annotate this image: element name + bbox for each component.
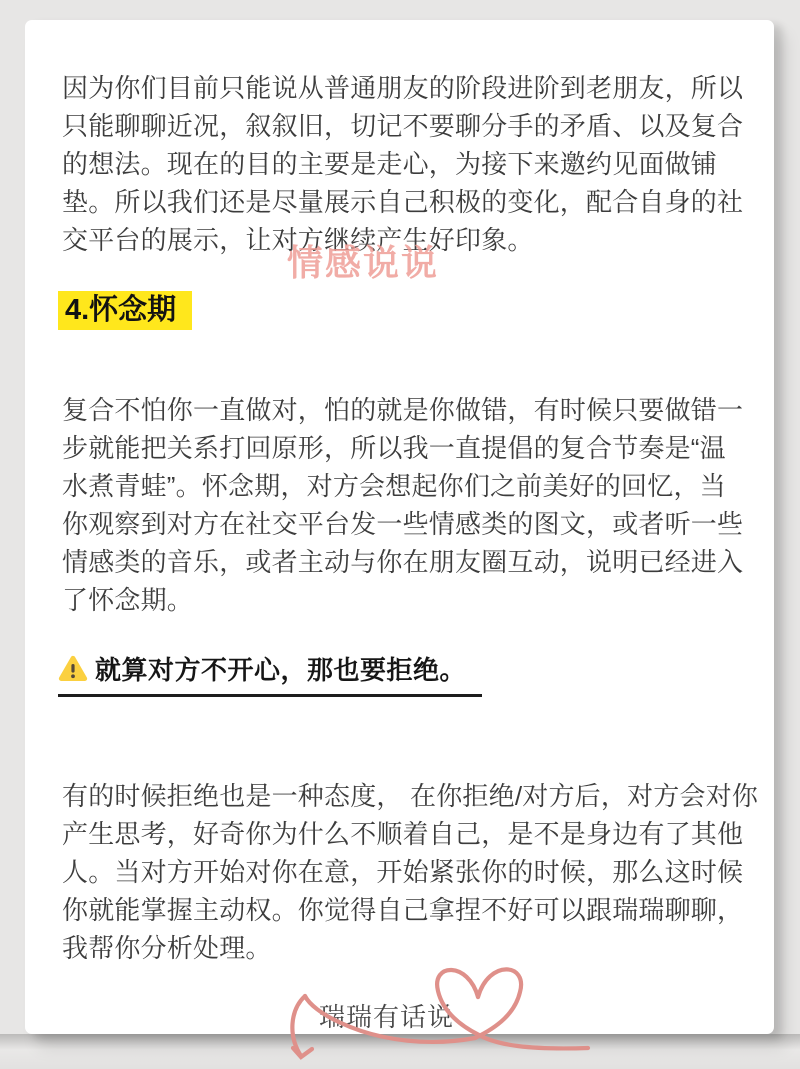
highlighted-heading-text: 4.怀念期 bbox=[58, 291, 192, 330]
note-card: 因为你们目前只能说从普通朋友的阶段进阶到老朋友，所以 只能聊聊近况，叙叙旧，切记… bbox=[25, 20, 774, 1034]
paragraph-line: 的想法。现在的目的主要是走心，为接下来邀约见面做铺 bbox=[62, 145, 743, 183]
paragraph-line: 复合不怕你一直做对，怕的就是你做错，有时候只要做错一 bbox=[62, 391, 743, 429]
paragraph-line: 因为你们目前只能说从普通朋友的阶段进阶到老朋友，所以 bbox=[62, 69, 743, 107]
watermark: 情感说说 bbox=[287, 235, 439, 286]
paragraph-line: 步就能把关系打回原形，所以我一直提倡的复合节奏是“温 bbox=[62, 429, 743, 467]
paragraph-line: 产生思考，好奇你为什么不顺着自己，是不是身边有了其他 bbox=[62, 815, 758, 853]
paragraph-line: 垫。所以我们还是尽量展示自己积极的变化，配合自身的社 bbox=[62, 183, 743, 221]
paragraph-line: 我帮你分析处理。 bbox=[62, 929, 758, 967]
table-surface bbox=[0, 1034, 800, 1069]
footer-signature: 瑞瑞有话说 bbox=[319, 997, 454, 1034]
paragraph-line: 人。当对方开始对你在意，开始紧张你的时候，那么这时候 bbox=[62, 853, 758, 891]
paragraph-1: 因为你们目前只能说从普通朋友的阶段进阶到老朋友，所以 只能聊聊近况，叙叙旧，切记… bbox=[62, 69, 743, 259]
paragraph-3: 有的时候拒绝也是一种态度， 在你拒绝/对方后，对方会对你 产生思考，好奇你为什么… bbox=[62, 777, 758, 967]
paragraph-line: 水煮青蛙”。怀念期，对方会想起你们之前美好的回忆，当 bbox=[62, 467, 743, 505]
paragraph-line: 情感类的音乐，或者主动与你在朋友圈互动，说明已经进入 bbox=[62, 543, 743, 581]
warning-heading-text: 就算对方不开心，那也要拒绝。 bbox=[95, 650, 466, 687]
paragraph-line: 你观察到对方在社交平台发一些情感类的图文，或者听一些 bbox=[62, 505, 743, 543]
paragraph-line: 有的时候拒绝也是一种态度， 在你拒绝/对方后，对方会对你 bbox=[62, 777, 758, 815]
paragraph-line: 了怀念期。 bbox=[62, 581, 743, 619]
warning-heading: 就算对方不开心，那也要拒绝。 bbox=[58, 650, 482, 697]
warning-triangle-icon bbox=[58, 654, 88, 683]
paragraph-2: 复合不怕你一直做对，怕的就是你做错，有时候只要做错一 步就能把关系打回原形，所以… bbox=[62, 391, 743, 619]
paragraph-line: 只能聊聊近况，叙叙旧，切记不要聊分手的矛盾、以及复合 bbox=[62, 107, 743, 145]
section-heading: 4.怀念期 bbox=[58, 291, 192, 330]
paragraph-line: 你就能掌握主动权。你觉得自己拿捏不好可以跟瑞瑞聊聊， bbox=[62, 891, 758, 929]
